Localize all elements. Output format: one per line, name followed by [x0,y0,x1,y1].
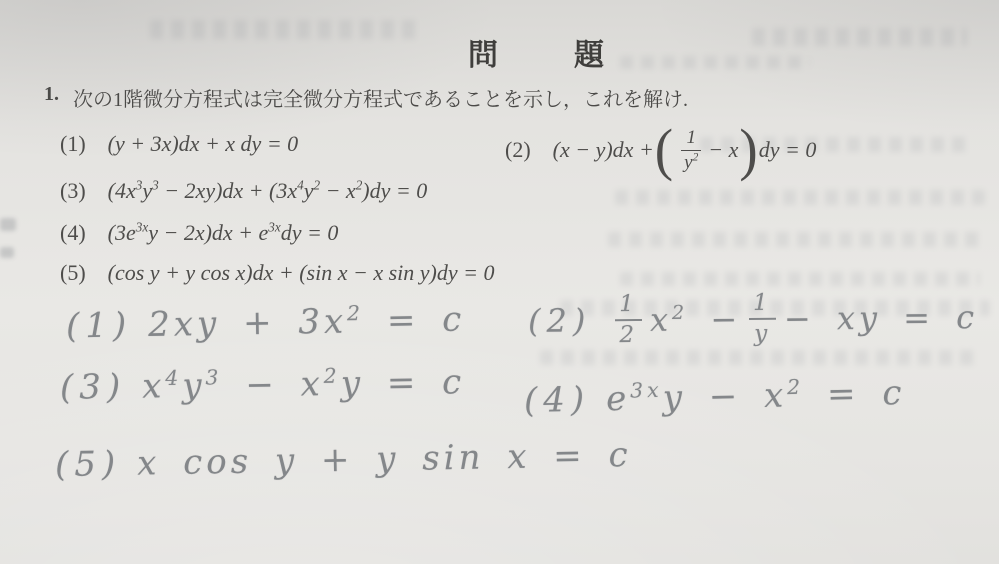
eq2-post: dy = 0 [759,137,817,163]
ans2-fraction-half: 1 2 [615,293,642,347]
bleed-through [620,56,810,69]
bleed-through [150,20,420,39]
problem-statement-row: 1. 次の1階微分方程式は完全微分方程式であることを示し，これを解け. [44,83,688,112]
bleed-through [752,28,967,46]
handwritten-answer-4: (4) e3xy − x2 = c [524,373,906,421]
ans3-label: (3) [60,367,127,408]
ans5-expr: x cos y + y sin x = c [137,435,632,484]
printed-eq-2: (2) (x − y)dx + ( 1 y2 − x ) dy = 0 [505,116,816,184]
ans2-frac2-denominator: y [750,320,775,346]
eq2-fraction-numerator: 1 [681,128,701,151]
eq4-label: (4) [60,220,86,246]
bleed-through [615,190,985,205]
problem-number: 1. [44,83,59,112]
ans4-expr: e3xy − x2 = c [606,373,906,419]
ans3-expr: x4y3 − x2y = c [142,362,466,407]
ans2-fraction-one-over-y: 1 y [749,292,776,346]
ans5-label: (5) [55,444,122,485]
bleed-through [0,247,14,258]
eq2-pre: (x − y)dx + [553,137,654,163]
bleed-through [540,350,980,365]
printed-eq-1: (1) (y + 3x)dx + x dy = 0 [60,131,298,157]
ans2-post: − xy = c [784,298,979,338]
bleed-through [620,272,980,286]
ans2-frac1-denominator: 2 [615,321,642,347]
eq2-label: (2) [505,137,531,163]
ans2-mid: x2 − [650,300,742,339]
eq5-label: (5) [60,260,86,286]
ans1-expr: 2xy + 3x2 = c [148,300,466,346]
handwritten-answer-5: (5) x cos y + y sin x = c [55,435,632,485]
eq3-label: (3) [60,178,86,204]
ans2-frac1-numerator: 1 [615,293,642,321]
eq1-label: (1) [60,131,86,157]
eq2-fraction: 1 y2 [679,128,703,173]
bleed-through [0,218,16,231]
eq5-expr: (cos y + y cos x)dx + (sin x − x sin y)d… [108,260,495,286]
eq4-expr: (3e3xy − 2x)dx + e3xdy = 0 [108,220,339,246]
eq2-fraction-denominator: y2 [679,151,703,173]
handwritten-answer-3: (3) x4y3 − x2y = c [60,362,466,408]
handwritten-answer-2: (2) 1 2 x2 − 1 y − xy = c [528,290,979,348]
printed-eq-4: (4) (3e3xy − 2x)dx + e3xdy = 0 [60,220,338,246]
ans2-label: (2) [528,301,592,340]
printed-eq-5: (5) (cos y + y cos x)dx + (sin x − x sin… [60,260,494,286]
eq2-after-fraction: − x [708,137,738,163]
eq1-expr: (y + 3x)dx + x dy = 0 [108,131,299,157]
problem-statement: 次の1階微分方程式は完全微分方程式であることを示し，これを解け. [73,83,688,112]
bleed-through [608,232,983,247]
textbook-page-photo: 問 題 1. 次の1階微分方程式は完全微分方程式であることを示し，これを解け. … [0,0,999,564]
page-title: 問 題 [468,30,627,74]
ans4-label: (4) [524,380,591,421]
ans2-frac2-numerator: 1 [749,292,776,320]
printed-eq-3: (3) (4x3y3 − 2xy)dx + (3x4y2 − x2)dy = 0 [60,178,427,204]
ans1-label: (1) [66,305,133,346]
handwritten-answer-1: (1) 2xy + 3x2 = c [66,300,466,347]
eq3-expr: (4x3y3 − 2xy)dx + (3x4y2 − x2)dy = 0 [108,178,428,204]
